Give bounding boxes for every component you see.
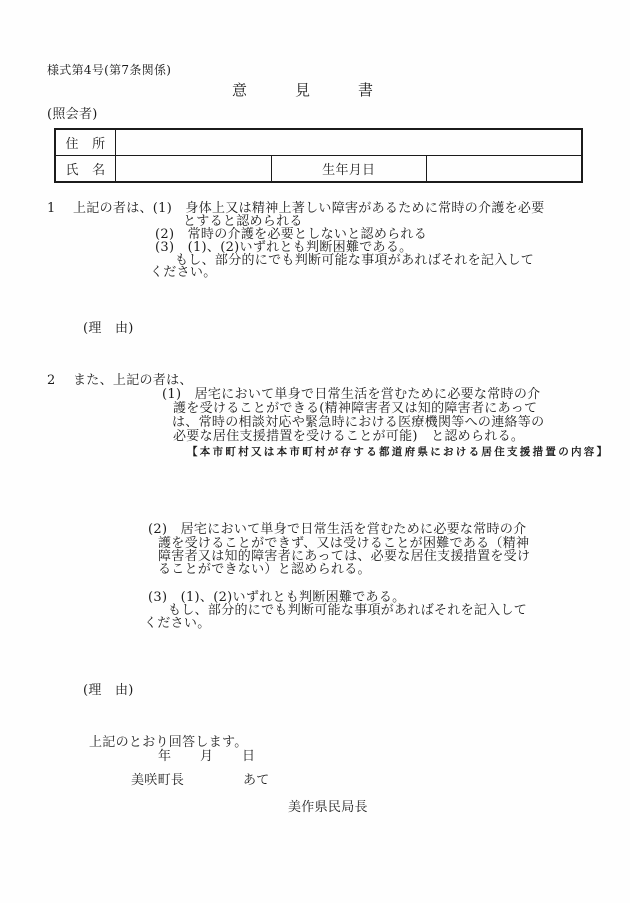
addressee-suffix: あて — [243, 774, 270, 789]
name-field — [116, 156, 272, 183]
table-row-name: 氏 名 生年月日 — [55, 156, 582, 183]
birthdate-field — [427, 156, 583, 183]
address-label: 住 所 — [55, 129, 116, 156]
inquirer-table: 住 所 氏 名 生年月日 — [54, 128, 583, 183]
section2-option1-note: 【本市町村又は本市町村が存する都道府県における居住支援措置の内容】 — [187, 446, 609, 458]
section2-reason-label: (理 由) — [83, 684, 134, 699]
section1-option3-note2: ください。 — [150, 266, 217, 281]
section1-intro: 上記の者は、(1) 身体上又は精神上著しい障害があるために常時の介護を必要 — [73, 202, 545, 217]
section1-reason-label: (理 由) — [83, 322, 134, 337]
name-label: 氏 名 — [55, 156, 116, 183]
section2-number: 2 — [47, 374, 56, 389]
birthdate-label: 生年月日 — [271, 156, 427, 183]
section2-option3-line2: もし、部分的にでも判断可能な事項があればそれを記入して — [168, 604, 527, 619]
form-number: 様式第4号(第7条関係) — [47, 64, 171, 78]
inquirer-label: (照会者) — [47, 108, 98, 123]
date-line: 年 月 日 — [158, 750, 256, 765]
address-field — [116, 129, 583, 156]
section2-option3-line3: ください。 — [144, 617, 211, 632]
section1-option3-note1: もし、部分的にでも判断可能な事項があればそれを記入して — [175, 254, 534, 269]
document-title: 意見書 — [232, 82, 421, 99]
section2-option2-line4: ることができない）と認められる。 — [158, 563, 371, 578]
sender-title: 美作県民局長 — [288, 801, 368, 816]
section2-option1-line4: 必要な居住支援措置を受けることが可能) と認められる。 — [173, 430, 524, 445]
document-page: 様式第4号(第7条関係) 意見書 (照会者) 住 所 氏 名 生年月日 1 上記… — [0, 0, 630, 903]
table-row-address: 住 所 — [55, 129, 582, 156]
addressee-name: 美咲町長 — [131, 774, 184, 789]
section1-number: 1 — [47, 202, 56, 217]
